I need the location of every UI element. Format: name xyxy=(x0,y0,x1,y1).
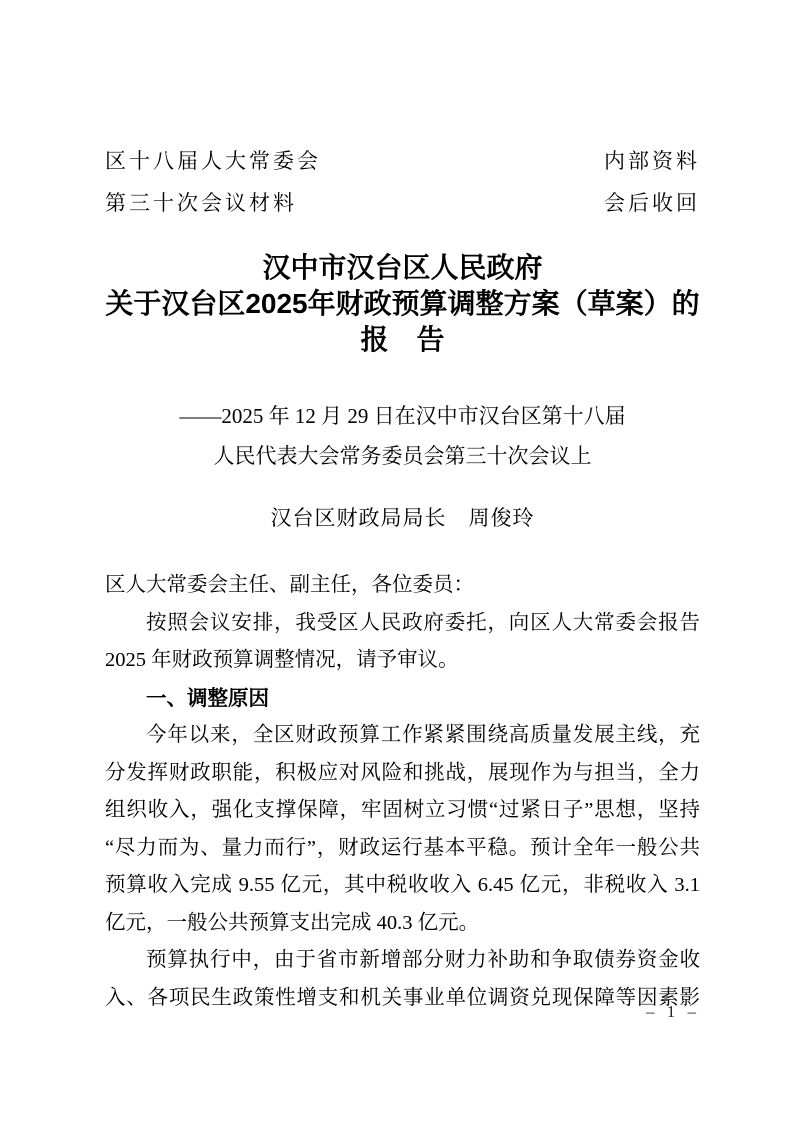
body-line: 区人大常委会主任、副主任，各位委员： xyxy=(105,567,700,605)
header-row-2: 第三十次会议材料 会后收回 xyxy=(105,182,700,224)
speaker-line: 汉台区财政局局长 周俊玲 xyxy=(105,506,700,530)
meeting-occasion: ——2025 年 12 月 29 日在汉中市汉台区第十八届 人民代表大会常务委员… xyxy=(105,396,700,476)
document-page: 区十八届人大常委会 内部资料 第三十次会议材料 会后收回 汉中市汉台区人民政府 … xyxy=(0,0,793,1122)
header-right-line1: 内部资料 xyxy=(604,140,700,182)
body-line: 入、各项民生政策性增支和机关事业单位调资兑现保障等因素影 xyxy=(105,980,700,1018)
body-line: 2025 年财政预算调整情况，请予审议。 xyxy=(105,642,700,680)
section-heading: 一、调整原因 xyxy=(105,680,700,718)
body-line: 分发挥财政职能，积极应对风险和挑战，展现作为与担当，全力 xyxy=(105,755,700,793)
body-line: 亿元，一般公共预算支出完成 40.3 亿元。 xyxy=(105,905,700,943)
body-line: 组织收入，强化支撑保障，牢固树立习惯“过紧日子”思想，坚持 xyxy=(105,792,700,830)
header-left-line2: 第三十次会议材料 xyxy=(105,182,297,224)
title-line-1: 汉中市汉台区人民政府 xyxy=(105,250,700,286)
title-line-3: 报 告 xyxy=(105,322,700,358)
header-row-1: 区十八届人大常委会 内部资料 xyxy=(105,140,700,182)
body-line: 按照会议安排，我受区人民政府委托，向区人大常委会报告 xyxy=(105,605,700,643)
title-line-2: 关于汉台区2025年财政预算调整方案（草案）的 xyxy=(105,286,700,322)
body-line: 今年以来，全区财政预算工作紧紧围绕高质量发展主线，充 xyxy=(105,717,700,755)
document-title: 汉中市汉台区人民政府 关于汉台区2025年财政预算调整方案（草案）的 报 告 xyxy=(105,250,700,358)
header-left-line1: 区十八届人大常委会 xyxy=(105,140,321,182)
occasion-line-1: ——2025 年 12 月 29 日在汉中市汉台区第十八届 xyxy=(105,396,700,436)
page-number: – 1 – xyxy=(646,1001,700,1023)
occasion-line-2: 人民代表大会常务委员会第三十次会议上 xyxy=(105,436,700,476)
body-line: 预算收入完成 9.55 亿元，其中税收收入 6.45 亿元，非税收入 3.1 xyxy=(105,867,700,905)
body-line: 预算执行中，由于省市新增部分财力补助和争取债券资金收 xyxy=(105,942,700,980)
header-right-line2: 会后收回 xyxy=(604,182,700,224)
document-header: 区十八届人大常委会 内部资料 第三十次会议材料 会后收回 xyxy=(105,140,700,224)
body-line: “尽力而为、量力而行”，财政运行基本平稳。预计全年一般公共 xyxy=(105,830,700,868)
document-body: 区人大常委会主任、副主任，各位委员：按照会议安排，我受区人民政府委托，向区人大常… xyxy=(105,567,700,1017)
